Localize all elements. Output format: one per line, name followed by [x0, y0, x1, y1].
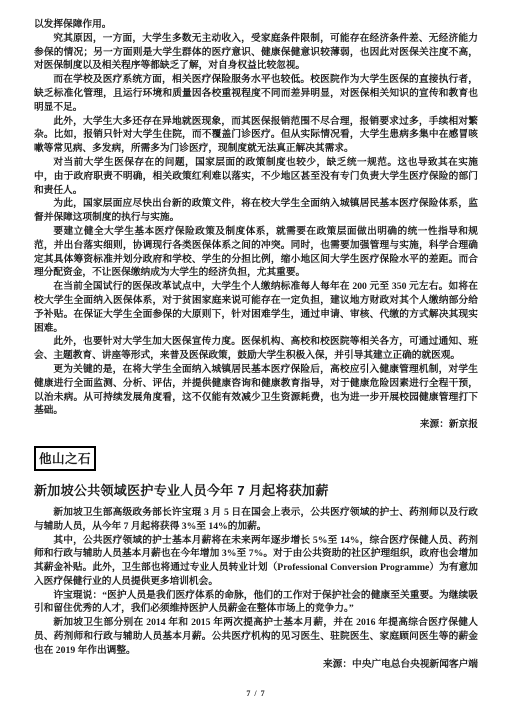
article1-paragraphs: 究其原因，一方面，大学生多数无主动收入，受家庭条件限制，可能存在经济条件差、无经… — [34, 32, 478, 418]
article2-paragraphs: 新加坡卫生部高级政务部长许宝琨 3 月 5 日在国会上表示，公共医疗领域的护士、… — [34, 506, 478, 658]
paragraph: 更为关键的是，在将大学生全面纳入城镇居民基本医疗保险后，高校应引入健康管理机制，… — [34, 363, 478, 418]
paragraph: 对当前大学生医保存在的问题，国家层面的政策制度也较少，缺乏统一规范。这也导致其在… — [34, 156, 478, 197]
article2-title: 新加坡公共领域医护专业人员今年 7 月起将获加薪 — [34, 480, 478, 499]
paragraph: 其中，公共医疗领域的护士基本月薪将在未来两年逐步增长 5%至 14%，综合医疗保… — [34, 534, 478, 589]
paragraph: 而在学校及医疗系统方面，相关医疗保险服务水平也较低。校医院作为大学生医保的直接执… — [34, 73, 478, 114]
paragraph: 新加坡卫生部分别在 2014 年和 2015 年两次提高护士基本月薪，并在 20… — [34, 616, 478, 657]
paragraph: 在当前全国试行的医保改革试点中，大学生个人缴纳标准每人每年在 200 元至 35… — [34, 280, 478, 335]
paragraph: 究其原因，一方面，大学生多数无主动收入，受家庭条件限制，可能存在经济条件差、无经… — [34, 32, 478, 73]
paragraph: 为此，国家层面应尽快出台新的政策文件，将在校大学生全面纳入城镇居民基本医疗保险体… — [34, 197, 478, 225]
article1-source: 来源：新京报 — [34, 418, 478, 432]
paragraph: 要建立健全大学生基本医疗保险政策及制度体系，就需要在政策层面做出明确的统一性指导… — [34, 225, 478, 280]
page-content: 以发挥保障作用。 究其原因，一方面，大学生多数无主动收入，受家庭条件限制，可能存… — [0, 0, 512, 671]
article2-source: 来源：中央广电总台央视新闻客户端 — [34, 658, 478, 672]
paragraph: 许宝琨说：“医护人员是我们医疗体系的命脉，他们的工作对于保护社会的健康至关重要。… — [34, 589, 478, 617]
section-header-box: 他山之石 — [34, 446, 96, 471]
paragraph: 新加坡卫生部高级政务部长许宝琨 3 月 5 日在国会上表示，公共医疗领域的护士、… — [34, 506, 478, 534]
article1-continuation-line: 以发挥保障作用。 — [34, 18, 478, 32]
page-number: 7 / 7 — [0, 689, 512, 698]
paragraph: 此外，大学生大多还存在异地就医现象，而其医保报销范围不尽合理，报销要求过多，手续… — [34, 115, 478, 156]
document-page: 以发挥保障作用。 究其原因，一方面，大学生多数无主动收入，受家庭条件限制，可能存… — [0, 0, 512, 728]
paragraph: 此外，也要针对大学生加大医保宣传力度。医保机构、高校和校医院等相关各方，可通过通… — [34, 335, 478, 363]
